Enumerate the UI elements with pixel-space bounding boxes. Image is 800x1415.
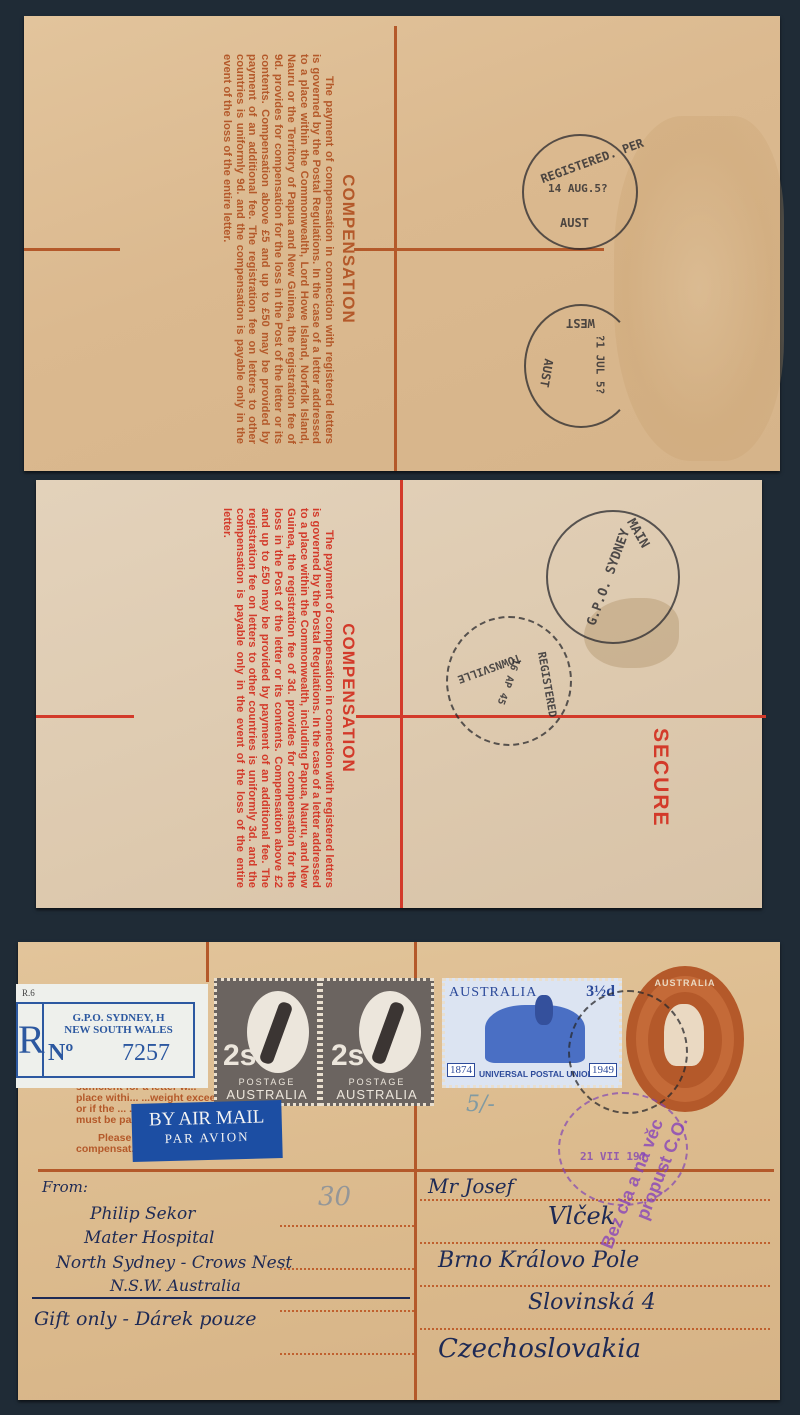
envelope-fold-line bbox=[36, 715, 134, 718]
address-line bbox=[280, 1310, 414, 1312]
compensation-notice: COMPENSATION The payment of compensation… bbox=[220, 508, 354, 888]
registered-letter-r: R bbox=[18, 1004, 44, 1076]
postmark: TOWNSVILLE 16 AP 45 REGISTERED bbox=[446, 616, 572, 746]
stamp-2s-crocodile: 2s POSTAGE AUSTRALIA bbox=[320, 978, 434, 1106]
gift-note: Gift only - Dárek pouze bbox=[34, 1308, 256, 1330]
address-line bbox=[280, 1268, 414, 1270]
postmark: REGISTERED. PER 14 AUG.5? AUST bbox=[522, 134, 638, 250]
stamp-value: 2s bbox=[331, 1039, 364, 1073]
sender-address-line: N.S.W. Australia bbox=[110, 1276, 241, 1295]
frame-line bbox=[206, 942, 209, 982]
recipient-name: Mr Josef bbox=[428, 1174, 514, 1198]
office-name: G.P.O. SYDNEY, H bbox=[46, 1012, 191, 1024]
address-line bbox=[420, 1242, 770, 1244]
address-line bbox=[420, 1285, 770, 1287]
compensation-text: The payment of compensation in connectio… bbox=[220, 54, 335, 444]
compensation-title: COMPENSATION bbox=[341, 508, 354, 888]
recipient-surname: Vlček bbox=[548, 1202, 615, 1230]
recipient-country: Czechoslovakia bbox=[438, 1334, 641, 1364]
recipient-address-line: Slovinská 4 bbox=[528, 1290, 656, 1315]
printed-instruction: must be pa... bbox=[76, 1115, 140, 1126]
registration-label: R.6 R G.P.O. SYDNEY, H NEW SOUTH WALES N… bbox=[16, 984, 208, 1088]
address-line bbox=[280, 1225, 414, 1227]
paper-stain bbox=[614, 116, 784, 461]
envelope-fold-line bbox=[24, 248, 120, 251]
recipient-address-line: Brno Královo Pole bbox=[438, 1248, 639, 1273]
pencil-mark: 30 bbox=[318, 1182, 351, 1212]
number-label: Nº bbox=[48, 1040, 73, 1067]
envelope-fold-line bbox=[400, 480, 403, 908]
registration-number: 7257 bbox=[122, 1040, 170, 1067]
office-state: NEW SOUTH WALES bbox=[46, 1024, 191, 1036]
compensation-notice: COMPENSATION The payment of compensation… bbox=[220, 54, 354, 444]
sender-address-line: North Sydney - Crows Nest bbox=[56, 1253, 292, 1273]
secure-label: SECURE bbox=[648, 728, 672, 828]
envelope-bottom: sufficient for a letter w... place withi… bbox=[18, 942, 780, 1400]
airmail-label: BY AIR MAIL PAR AVION bbox=[131, 1100, 282, 1162]
stamp-2s-crocodile: 2s POSTAGE AUSTRALIA bbox=[214, 978, 320, 1106]
address-line bbox=[280, 1353, 414, 1355]
sender-name: Philip Sekor bbox=[90, 1204, 195, 1224]
pencil-mark: 5/- bbox=[466, 1092, 495, 1117]
compensation-title: COMPENSATION bbox=[341, 54, 354, 444]
stamp-value: 2s bbox=[223, 1039, 256, 1073]
envelope-middle: COMPENSATION The payment of compensation… bbox=[36, 480, 762, 908]
compensation-text: The payment of compensation in connectio… bbox=[220, 508, 335, 888]
address-line bbox=[420, 1328, 770, 1330]
postmark: G.P.O. SYDNEY MAIN bbox=[546, 510, 680, 644]
postmark: WEST ?1 JUL 5? AUST bbox=[524, 304, 638, 428]
form-number: R.6 bbox=[22, 988, 35, 998]
registration-box: R G.P.O. SYDNEY, H NEW SOUTH WALES Nº 72… bbox=[16, 1002, 195, 1078]
sender-address-line: Mater Hospital bbox=[84, 1228, 214, 1248]
sender-label: From: bbox=[42, 1178, 88, 1196]
envelope-top: COMPENSATION The payment of compensation… bbox=[24, 16, 780, 471]
printed-instruction: compensat... bbox=[76, 1144, 140, 1155]
handwritten-divider bbox=[32, 1297, 410, 1299]
